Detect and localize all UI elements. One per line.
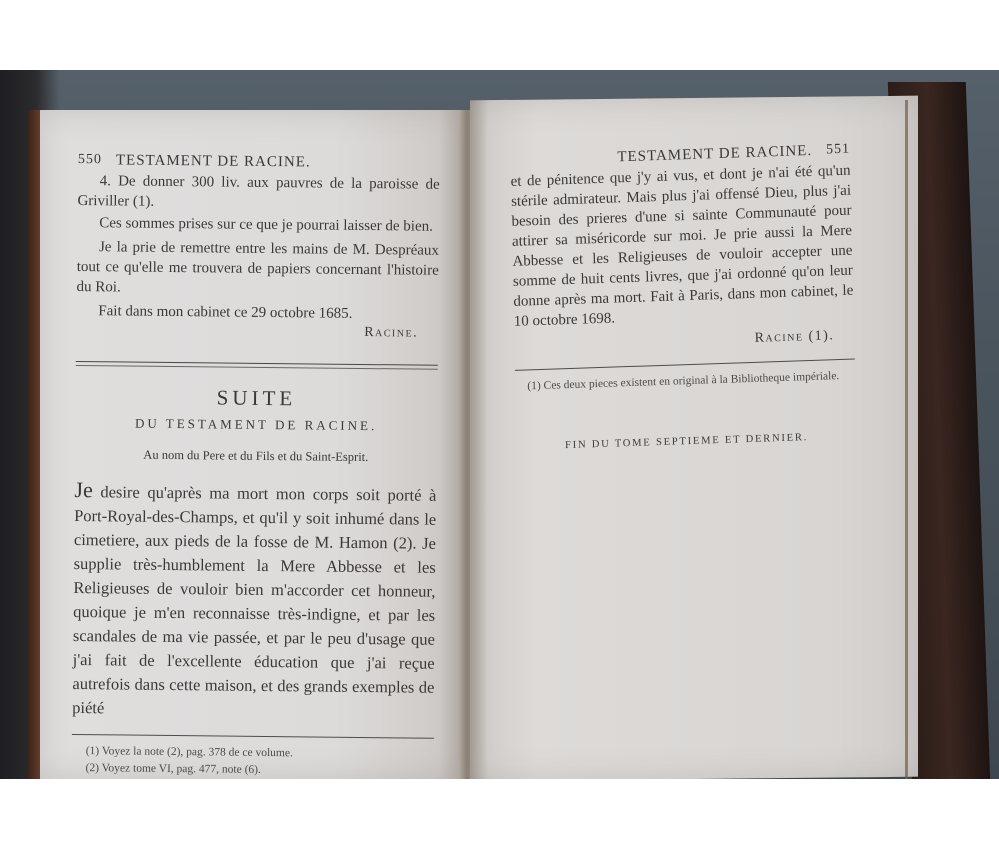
paragraph: Fait dans mon cabinet ce 29 octobre 1685… [76, 301, 438, 325]
paragraph: Je la prie de remettre entre les mains d… [76, 237, 439, 301]
dropcap: Je [74, 477, 93, 502]
section-title: SUITE [75, 384, 437, 413]
body-text: et de pénitence que j'y ai vus, et dont … [510, 161, 854, 332]
right-page-content: TESTAMENT DE RACINE. 551 et de pénitence… [510, 142, 857, 453]
right-page-number: 551 [826, 142, 850, 160]
invocation: Au nom du Pere et du Fils et du Saint-Es… [75, 447, 437, 466]
testament-body: Je desire qu'après ma mort mon corps soi… [72, 478, 437, 724]
section-subtitle: DU TESTAMENT DE RACINE. [75, 415, 437, 435]
book-photo: 550 TESTAMENT DE RACINE. 4. De donner 30… [0, 70, 999, 779]
signature: Racine (1). [514, 327, 854, 356]
paragraph: 4. De donner 300 liv. aux pauvres de la … [77, 171, 439, 215]
left-page-number: 550 [78, 152, 102, 169]
left-page: 550 TESTAMENT DE RACINE. 4. De donner 30… [40, 110, 460, 779]
right-page: TESTAMENT DE RACINE. 551 et de pénitence… [470, 96, 918, 779]
page-edges [905, 100, 908, 779]
footnote: (1) Ces deux pieces existent en original… [515, 368, 855, 396]
body-text: desire qu'après ma mort mon corps soit p… [72, 482, 436, 717]
left-page-content: 550 TESTAMENT DE RACINE. 4. De donner 30… [71, 152, 440, 779]
signature: Racine. [76, 321, 438, 343]
footnote-rule [72, 734, 434, 739]
paragraph: Ces sommes prises sur ce que je pourrai … [77, 213, 439, 237]
left-running-title: TESTAMENT DE RACINE. [116, 152, 311, 171]
section-divider [76, 361, 438, 370]
closing-line: FIN DU TOME SEPTIEME ET DERNIER. [517, 431, 857, 453]
footnote: (2) Voyez tome VI, pag. 477, note (6). [71, 760, 433, 779]
left-running-head: 550 TESTAMENT DE RACINE. [78, 152, 440, 173]
